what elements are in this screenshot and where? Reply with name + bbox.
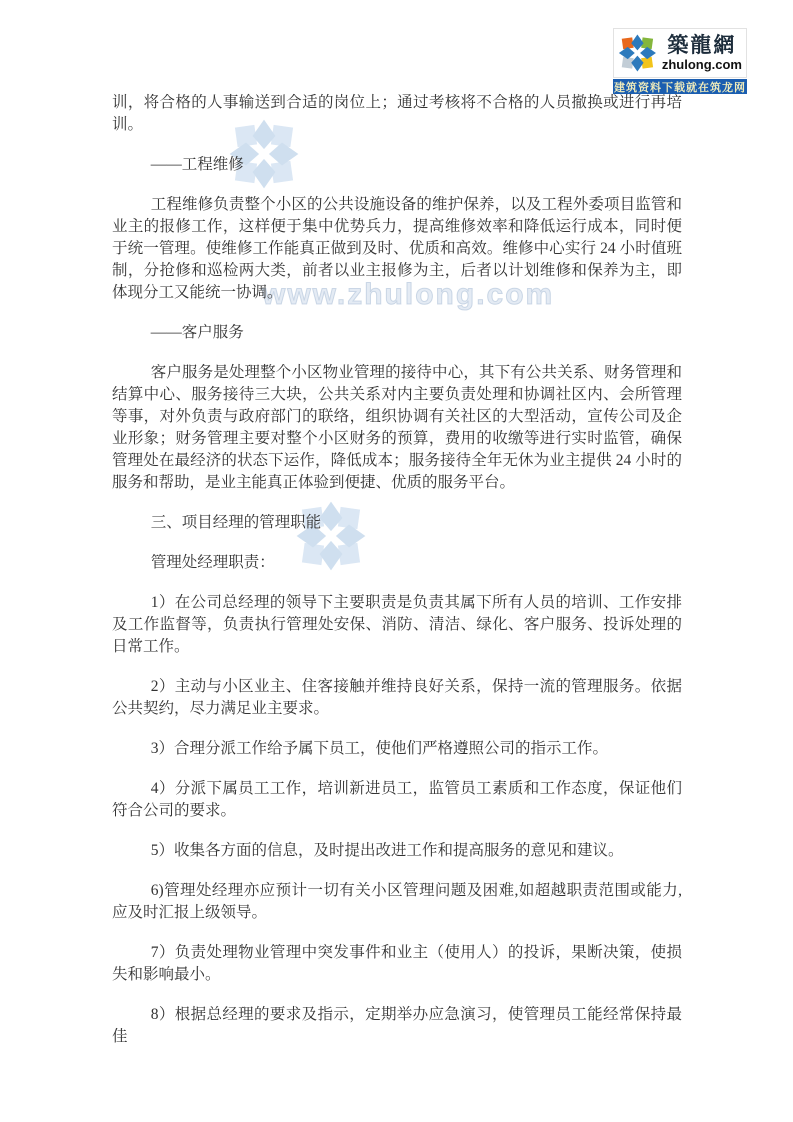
list-item: 2）主动与小区业主、住客接触并维持良好关系，保持一流的管理服务。依据公共契约，尽… [112, 676, 682, 720]
logo-text: 築龍網 zhulong.com [662, 35, 742, 71]
list-item: 8）根据总经理的要求及指示，定期举办应急演习，使管理员工能经常保持最佳 [112, 1004, 682, 1048]
paragraph-continuation: 训，将合格的人事输送到合适的岗位上；通过考核将不合格的人员撤换或进行再培训。 [112, 92, 682, 136]
logo-title: 築龍網 [667, 35, 736, 56]
zhulong-logo: 築龍網 zhulong.com [613, 28, 747, 78]
list-item: 5）收集各方面的信息，及时提出改进工作和提高服务的意见和建议。 [112, 840, 682, 862]
section-heading: ——客户服务 [112, 322, 682, 344]
logo-banner: 建筑资料下载就在筑龙网 [613, 79, 747, 94]
list-item: 1）在公司总经理的领导下主要职责是负责其属下所有人员的培训、工作安排及工作监督等… [112, 592, 682, 658]
section-heading: 管理处经理职责： [112, 552, 682, 574]
paragraph: 客户服务是处理整个小区物业管理的接待中心，其下有公共关系、财务管理和结算中心、服… [112, 362, 682, 494]
zhulong-pinwheel-icon [618, 31, 657, 75]
list-item: 3）合理分派工作给予属下员工，使他们严格遵照公司的指示工作。 [112, 738, 682, 760]
document-page: www.zhulong.com [0, 0, 793, 1122]
list-item: 6)管理处经理亦应预计一切有关小区管理问题及困难,如超越职责范围或能力,应及时汇… [112, 880, 682, 924]
document-content: 训，将合格的人事输送到合适的岗位上；通过考核将不合格的人员撤换或进行再培训。 —… [112, 0, 682, 1066]
section-heading: 三、项目经理的管理职能 [112, 512, 682, 534]
logo-domain: zhulong.com [662, 58, 742, 71]
list-item: 7）负责处理物业管理中突发事件和业主（使用人）的投诉，果断决策，使损失和影响最小… [112, 942, 682, 986]
list-item: 4）分派下属员工工作，培训新进员工，监管员工素质和工作态度，保证他们符合公司的要… [112, 778, 682, 822]
zhulong-logo-block: 築龍網 zhulong.com 建筑资料下载就在筑龙网 [613, 28, 747, 94]
paragraph: 工程维修负责整个小区的公共设施设备的维护保养，以及工程外委项目监管和业主的报修工… [112, 194, 682, 304]
section-heading: ——工程维修 [112, 154, 682, 176]
